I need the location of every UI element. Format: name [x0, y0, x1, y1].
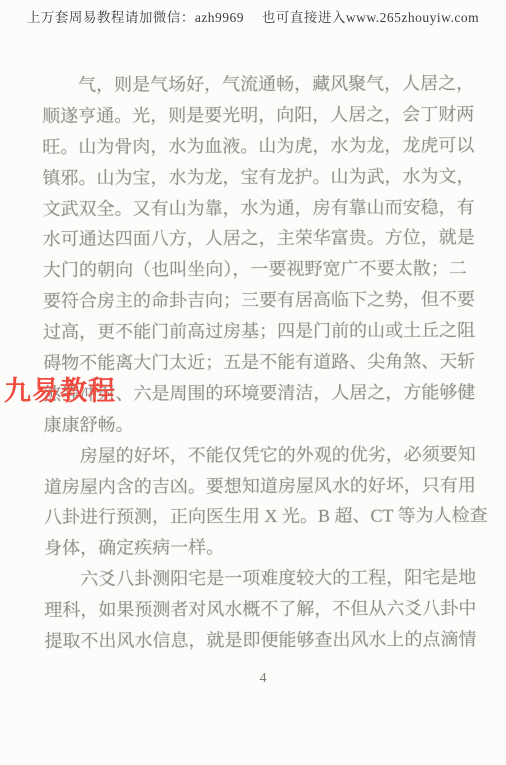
document-page: 上万套周易教程请加微信：azh9969 也可直接进入www.265zhouyiw… — [0, 0, 506, 765]
text-line-p3-2: 理科，如果预测者对风水概不了解，不但从六爻八卦中 — [44, 593, 468, 626]
text-line-p3-1: 六爻八卦测阳宅是一项难度较大的工程，阳宅是地 — [44, 562, 468, 595]
body-text: 气，则是气场好，气流通畅，藏风聚气，人居之，顺遂亨通。光，则是要光明，向阳，人居… — [42, 68, 469, 657]
text-line-p2-4: 身体，确定疾病一样。 — [44, 532, 468, 565]
text-line-p1-7: 大门的朝向（也叫坐向），一要视野宽广不要太散；二 — [43, 253, 467, 286]
text-line-p1-6: 水可通达四面八方，人居之，主荣华富贵。方位，就是 — [43, 223, 467, 256]
text-line-p2-3: 八卦进行预测，正向医生用 X 光。B 超、CT 等为人检查 — [44, 501, 468, 534]
text-line-p1-9: 过高，更不能门前高过房基；四是门前的山或土丘之阻 — [43, 315, 467, 348]
header-note-text: 上万套周易教程请加微信：azh9969 也可直接进入www.265zhouyiw… — [27, 10, 479, 25]
text-line-p2-1: 房屋的好坏，不能仅凭它的外观的优劣，必须要知 — [44, 439, 468, 472]
text-line-p1-2: 顺遂亨通。光，则是要光明，向阳，人居之，会丁财两 — [42, 99, 466, 132]
text-line-p1-4: 镇邪。山为宝，水为龙，宝有龙护。山为武，水为文， — [42, 161, 466, 194]
text-line-p3-3: 提取不出风水信息，就是即便能够查出风水上的点滴情 — [44, 624, 468, 657]
header-note: 上万套周易教程请加微信：azh9969 也可直接进入www.265zhouyiw… — [0, 6, 506, 26]
text-line-p1-1: 气，则是气场好，气流通畅，藏风聚气，人居之， — [42, 68, 466, 101]
text-line-p1-3: 旺。山为骨肉，水为血液。山为虎，水为龙，龙虎可以 — [42, 130, 466, 163]
page-number: 4 — [0, 671, 506, 687]
text-line-p1-12: 康康舒畅。 — [43, 408, 467, 441]
text-line-p1-8: 要符合房主的命卦吉向；三要有居高临下之势，但不要 — [43, 284, 467, 317]
watermark-stamp: 九易教程 — [4, 369, 116, 408]
text-line-p1-5: 文武双全。又有山为靠，水为通，房有靠山而安稳，有 — [43, 192, 467, 225]
text-line-p2-2: 道房屋内含的吉凶。要想知道房屋风水的好坏，只有用 — [44, 470, 468, 503]
